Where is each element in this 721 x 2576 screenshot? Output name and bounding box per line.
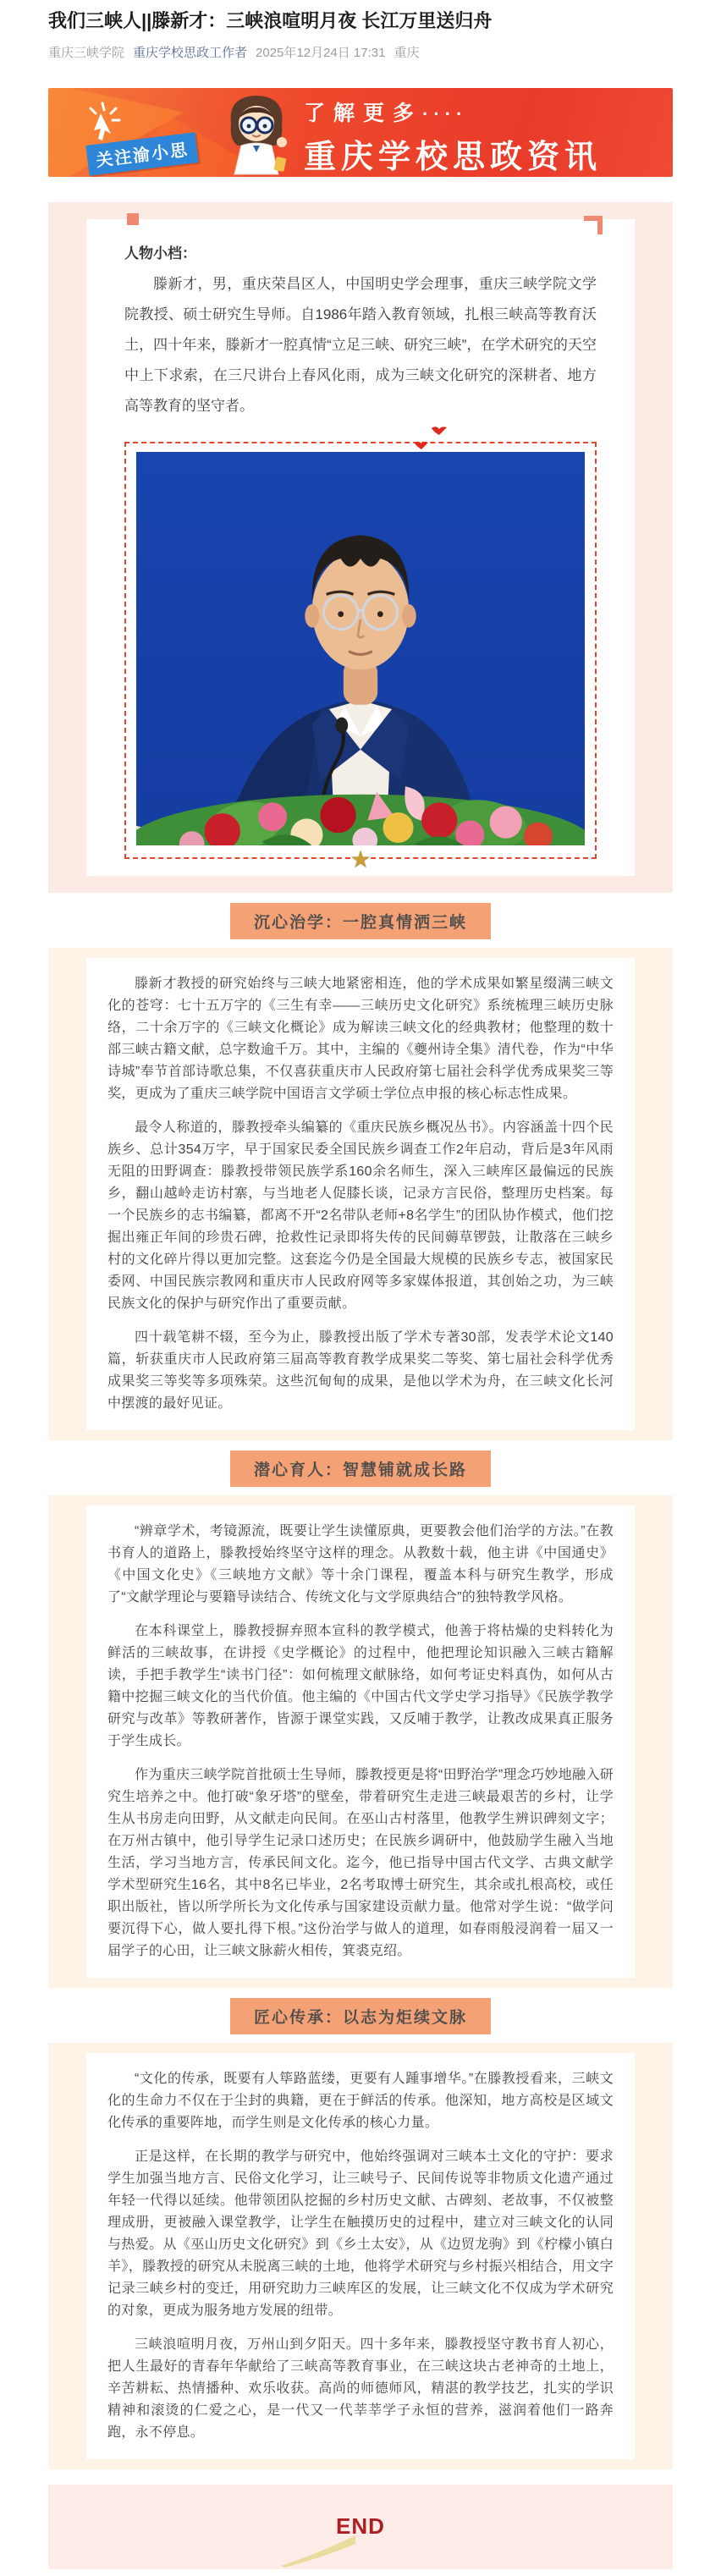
banner-text: 了解更多···· 重庆学校思政资讯 — [304, 96, 602, 177]
banner-dots: ···· — [422, 103, 467, 124]
photo-wrap: ★ — [124, 442, 597, 859]
banner-line1: 了解更多···· — [304, 96, 602, 127]
paragraph: “文化的传承，既要有人筚路蓝缕，更要有人踵事增华。”在滕教授看来，三峡文化的生命… — [107, 2068, 614, 2134]
paragraph: 三峡浪喧明月夜，万州山到夕阳天。四十多年来，滕教授坚守教书育人初心，把人生最好的… — [107, 2334, 614, 2444]
paragraph: 在本科课堂上，滕教授摒弃照本宣科的教学模式，他善于将枯燥的史料转化为鲜活的三峡故… — [107, 1621, 614, 1753]
profile-bio-text: 滕新才，男，重庆荣昌区人，中国明史学会理事，重庆三峡学院文学院教授、硕士研究生导… — [124, 269, 597, 421]
section-heritage: 匠心传承：以志为炬续文脉 “文化的传承，既要有人筚路蓝缕，更要有人踵事增华。”在… — [48, 1998, 673, 2469]
article-end-block: END — [48, 2485, 673, 2569]
mascot-girl-illustration — [216, 91, 297, 177]
section-teaching: 潜心育人：智慧铺就成长路 “辨章学术，考镜源流，既要让学生读懂原典，更要教会他们… — [48, 1450, 673, 1988]
profile-panel: 人物小档： 滕新才，男，重庆荣昌区人，中国明史学会理事，重庆三峡学院文学院教授、… — [86, 219, 635, 876]
end-label: END — [336, 2513, 385, 2540]
section-panel: 滕新才教授的研究始终与三峡大地紧密相连，他的学术成果如繁星缀满三峡文化的苍穹：七… — [86, 958, 635, 1430]
paragraph: 滕新才教授的研究始终与三峡大地紧密相连，他的学术成果如繁星缀满三峡文化的苍穹：七… — [107, 973, 614, 1105]
profile-card: 人物小档： 滕新才，男，重庆荣昌区人，中国明史学会理事，重庆三峡学院文学院教授、… — [48, 202, 673, 893]
paragraph: 最令人称道的，滕教授牵头编纂的《重庆民族乡概况丛书》。内容涵盖十四个民族乡、总计… — [107, 1117, 614, 1315]
section-body-block: 滕新才教授的研究始终与三峡大地紧密相连，他的学术成果如繁星缀满三峡文化的苍穹：七… — [48, 948, 673, 1440]
author-name: 重庆三峡学院 — [48, 43, 124, 61]
section-heading-badge: 潜心育人：智慧铺就成长路 — [230, 1450, 491, 1487]
section-panel: “辨章学术，考镜源流，既要让学生读懂原典，更要教会他们治学的方法。”在教书育人的… — [86, 1505, 635, 1978]
birds-decoration — [408, 425, 459, 458]
promo-banner[interactable]: 关注渝小思 了解 — [48, 88, 673, 177]
paragraph: 四十载笔耕不辍，至今为止，滕教授出版了学术专著30部，发表学术论文140篇，斩获… — [107, 1327, 614, 1415]
banner-line2: 重庆学校思政资讯 — [304, 130, 602, 177]
corner-bracket-decoration — [584, 216, 603, 234]
section-panel: “文化的传承，既要有人筚路蓝缕，更要有人踵事增华。”在滕教授看来，三峡文化的生命… — [86, 2053, 635, 2459]
paragraph: “辨章学术，考镜源流，既要让学生读懂原典，更要教会他们治学的方法。”在教书育人的… — [107, 1521, 614, 1609]
portrait-photo — [136, 452, 585, 845]
article-meta: 重庆三峡学院 重庆学校思政工作者 2025年12月24日 17:31 重庆 — [48, 43, 673, 61]
section-body-block: “辨章学术，考镜源流，既要让学生读懂原典，更要教会他们治学的方法。”在教书育人的… — [48, 1495, 673, 1988]
corner-square-decoration — [127, 213, 139, 225]
article-title: 我们三峡人||滕新才：三峡浪喧明月夜 长江万里送归舟 — [48, 0, 673, 35]
paragraph: 作为重庆三峡学院首批硕士生导师，滕教授更是将“田野治学”理念巧妙地融入研究生培养… — [107, 1764, 614, 1962]
publish-location: 重庆 — [394, 43, 419, 61]
section-heading-badge: 匠心传承：以志为炬续文脉 — [230, 1998, 491, 2034]
account-link[interactable]: 重庆学校思政工作者 — [133, 43, 247, 61]
section-scholarship: 沉心治学：一腔真情洒三峡 滕新才教授的研究始终与三峡大地紧密相连，他的学术成果如… — [48, 903, 673, 1440]
paragraph: 正是这样，在长期的教学与研究中，他始终强调对三峡本土文化的守护：要求学生加强当地… — [107, 2146, 614, 2322]
profile-heading: 人物小档： — [124, 241, 597, 262]
section-heading-badge: 沉心治学：一腔真情洒三峡 — [230, 903, 491, 939]
section-body-block: “文化的传承，既要有人筚路蓝缕，更要有人踵事增华。”在滕教授看来，三峡文化的生命… — [48, 2043, 673, 2469]
star-decoration: ★ — [349, 848, 371, 872]
publish-datetime: 2025年12月24日 17:31 — [256, 43, 385, 61]
cursor-click-icon — [85, 102, 124, 146]
photo-frame: ★ — [124, 442, 597, 859]
wechat-article: 我们三峡人||滕新才：三峡浪喧明月夜 长江万里送归舟 重庆三峡学院 重庆学校思政… — [0, 0, 721, 2576]
